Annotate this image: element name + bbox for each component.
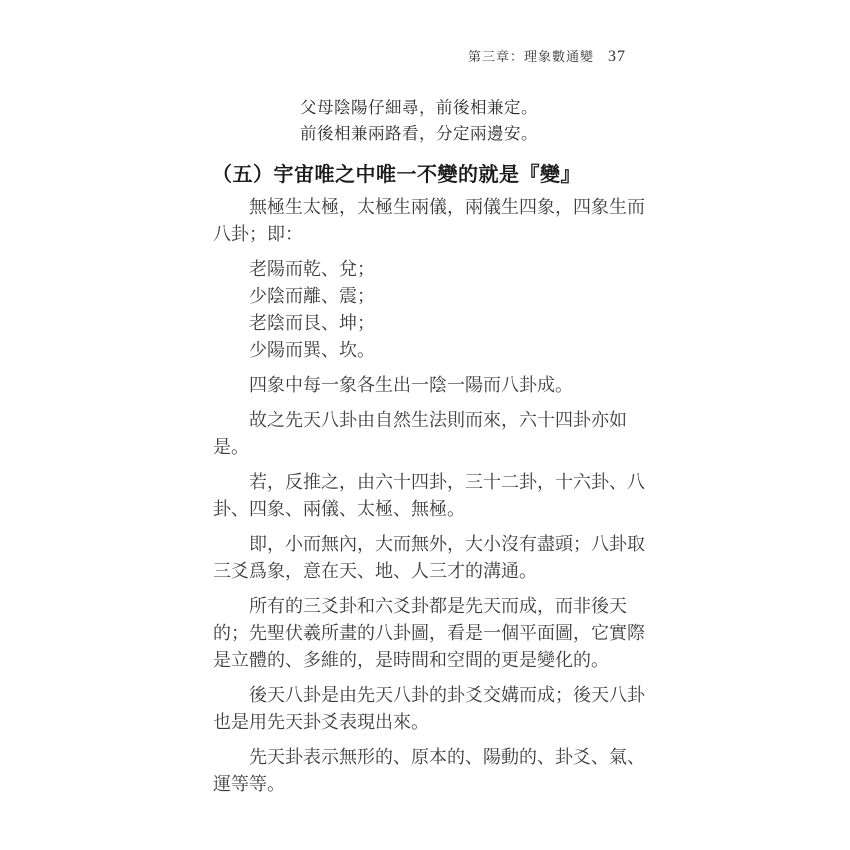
paragraph-line: 所有的三爻卦和六爻卦都是先天而成，而非後天	[213, 593, 643, 620]
paragraph-xiantian-gua: 先天卦表示無形的、原本的、陽動的、卦爻、氣、 運等等。	[213, 744, 643, 798]
paragraph-line: 八卦；即：	[213, 221, 643, 248]
page-number: 37	[608, 48, 626, 65]
paragraph-infinite: 即，小而無內，大而無外，大小沒有盡頭；八卦取 三爻爲象，意在天、地、人三才的溝通…	[213, 531, 643, 585]
paragraph-reverse: 若，反推之，由六十四卦，三十二卦，十六卦、八 卦、四象、兩儀、太極、無極。	[213, 469, 643, 523]
paragraph-wuji: 無極生太極，太極生兩儀，兩儀生四象，四象生而 八卦；即：	[213, 194, 643, 248]
list-item: 老陰而艮、坤；	[213, 310, 643, 337]
paragraph-line: 也是用先天卦爻表現出來。	[213, 709, 643, 736]
paragraph-line: 若，反推之，由六十四卦，三十二卦，十六卦、八	[213, 469, 643, 496]
chapter-title: 第三章：理象數通變	[468, 50, 594, 65]
paragraph-line: 故之先天八卦由自然生法則而來，六十四卦亦如	[213, 407, 643, 434]
paragraph-line: 無極生太極，太極生兩儀，兩儀生四象，四象生而	[213, 194, 643, 221]
paragraph-fuxi: 所有的三爻卦和六爻卦都是先天而成，而非後天 的；先聖伏羲所畫的八卦圖，看是一個平…	[213, 593, 643, 674]
paragraph-line: 是。	[213, 434, 643, 461]
paragraph-sixiang: 四象中每一象各生出一陰一陽而八卦成。	[213, 372, 643, 399]
paragraph-houtian: 後天八卦是由先天八卦的卦爻交媾而成；後天八卦 也是用先天卦爻表現出來。	[213, 682, 643, 736]
paragraph-line: 卦、四象、兩儀、太極、無極。	[213, 496, 643, 523]
section-heading: （五）宇宙唯之中唯一不變的就是『變』	[212, 158, 581, 187]
paragraph-line: 是立體的、多維的，是時間和空間的更是變化的。	[213, 647, 643, 674]
body-text: 無極生太極，太極生兩儀，兩儀生四象，四象生而 八卦；即： 老陽而乾、兌； 少陰而…	[213, 194, 643, 806]
paragraph-line: 三爻爲象，意在天、地、人三才的溝通。	[213, 558, 643, 585]
list-item: 老陽而乾、兌；	[213, 256, 643, 283]
trigram-list: 老陽而乾、兌； 少陰而離、震； 老陰而艮、坤； 少陽而巽、坎。	[213, 256, 643, 364]
list-item: 少陽而巽、坎。	[213, 337, 643, 364]
paragraph-line: 即，小而無內，大而無外，大小沒有盡頭；八卦取	[213, 531, 643, 558]
verse-line-1: 父母陰陽仔細尋，前後相兼定。	[300, 94, 538, 118]
list-item: 少陰而離、震；	[213, 283, 643, 310]
paragraph-line: 先天卦表示無形的、原本的、陽動的、卦爻、氣、	[213, 744, 643, 771]
paragraph-line: 運等等。	[213, 771, 643, 798]
book-page: 第三章：理象數通變37 父母陰陽仔細尋，前後相兼定。 前後相兼兩路看，分定兩邊安…	[0, 0, 850, 850]
paragraph-xiantian: 故之先天八卦由自然生法則而來，六十四卦亦如 是。	[213, 407, 643, 461]
verse-line-2: 前後相兼兩路看，分定兩邊安。	[300, 120, 538, 144]
paragraph-line: 後天八卦是由先天八卦的卦爻交媾而成；後天八卦	[213, 682, 643, 709]
running-header: 第三章：理象數通變37	[468, 46, 626, 66]
paragraph-line: 四象中每一象各生出一陰一陽而八卦成。	[213, 372, 643, 399]
paragraph-line: 的；先聖伏羲所畫的八卦圖，看是一個平面圖，它實際	[213, 620, 643, 647]
